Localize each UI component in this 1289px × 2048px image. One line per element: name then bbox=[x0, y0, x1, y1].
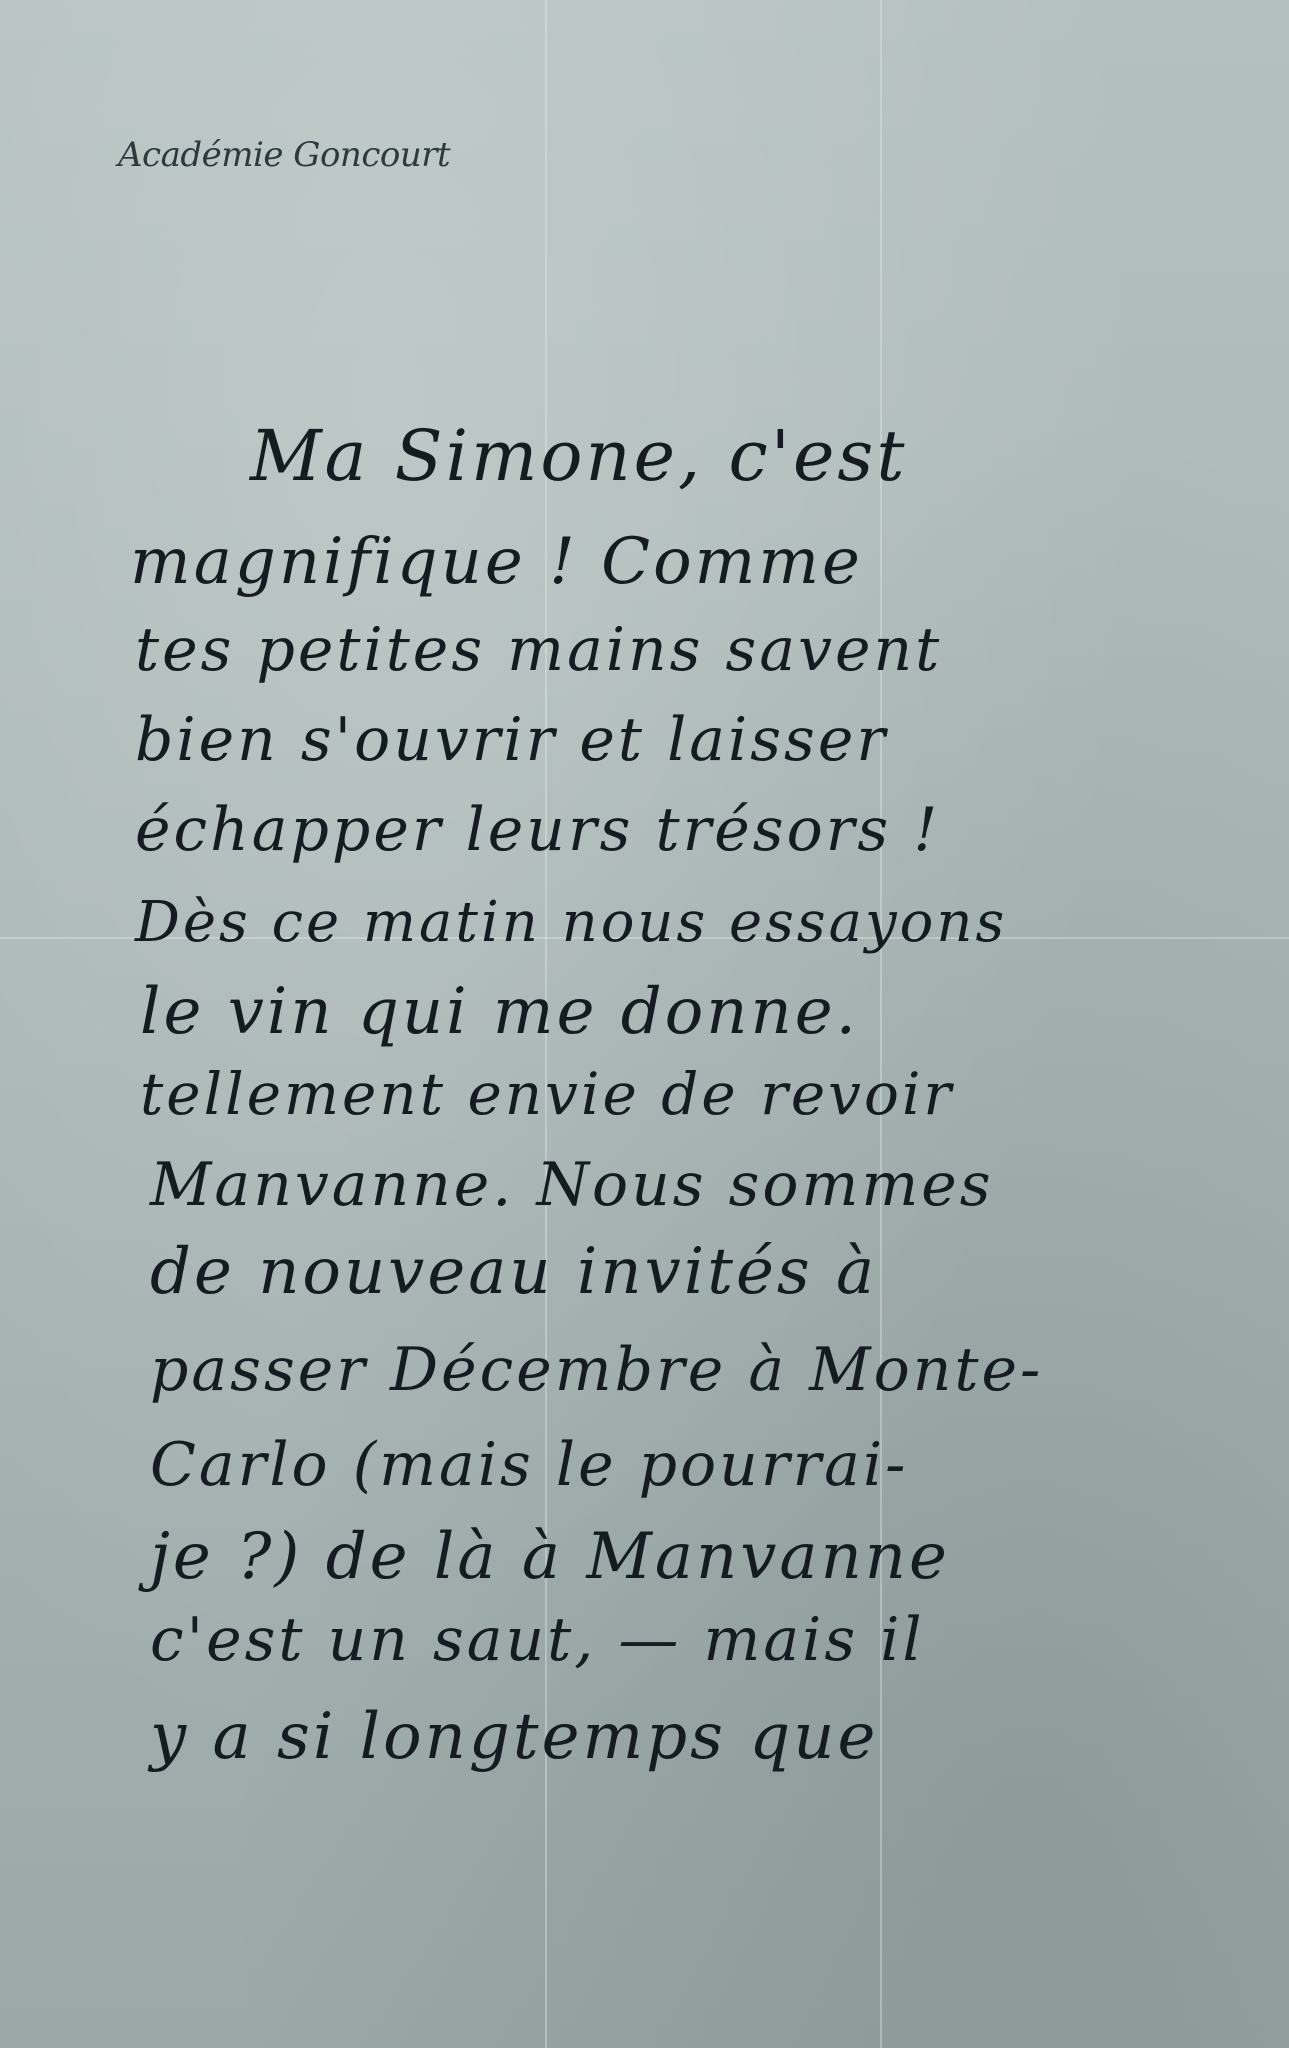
letter-line: y a si longtemps que bbox=[150, 1700, 878, 1774]
letter-line: de nouveau invités à bbox=[150, 1235, 877, 1309]
fold-crease bbox=[880, 0, 882, 2048]
letter-line: Manvanne. Nous sommes bbox=[150, 1150, 994, 1220]
letter-line: c'est un saut, — mais il bbox=[150, 1605, 925, 1675]
letterhead: Académie Goncourt bbox=[118, 135, 450, 175]
letter-line: le vin qui me donne. bbox=[140, 975, 859, 1049]
letter-sheet: Académie Goncourt Ma Simone, c'est magni… bbox=[0, 0, 1289, 2048]
letter-line: passer Décembre à Monte- bbox=[150, 1335, 1043, 1405]
letter-line: tes petites mains savent bbox=[135, 615, 942, 685]
letter-line: bien s'ouvrir et laisser bbox=[135, 705, 888, 775]
letter-line: je ?) de là à Manvanne bbox=[150, 1520, 950, 1594]
letter-line: Ma Simone, c'est bbox=[250, 415, 907, 497]
letter-line: Carlo (mais le pourrai- bbox=[150, 1430, 908, 1500]
letter-line: Dès ce matin nous essayons bbox=[135, 890, 1007, 955]
letter-line: échapper leurs trésors ! bbox=[135, 795, 940, 865]
letter-line: tellement envie de revoir bbox=[140, 1060, 954, 1128]
letter-line: magnifique ! Comme bbox=[130, 525, 863, 599]
